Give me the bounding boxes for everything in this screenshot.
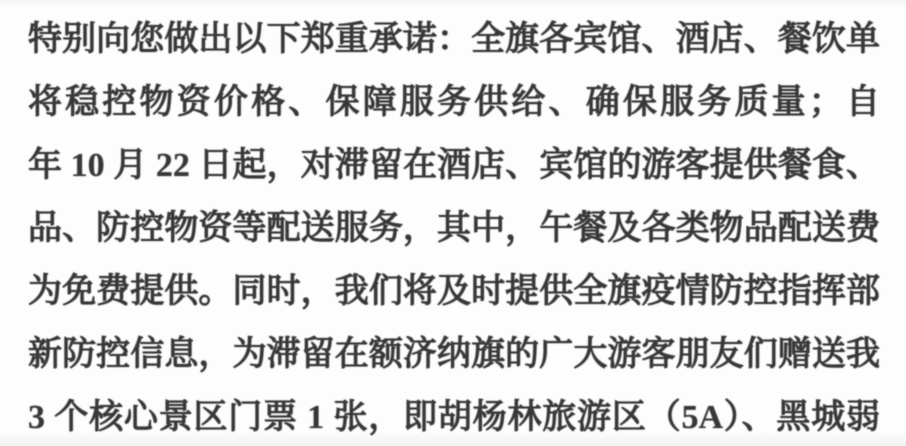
paragraph-text: 特别向您做出以下郑重承诺：全旗各宾馆、酒店、餐饮单位 将稳控物资价格、保障服务供… <box>28 8 880 446</box>
text-line: 品、防控物资等配送服务，其中，午餐及各类物品配送费用 <box>28 197 880 260</box>
text-line: 年 10 月 22 日起，对滞留在酒店、宾馆的游客提供餐食、药 <box>28 134 880 197</box>
document-page: 特别向您做出以下郑重承诺：全旗各宾馆、酒店、餐饮单位 将稳控物资价格、保障服务供… <box>0 0 906 446</box>
text-line: 3 个核心景区门票 1 张，即胡杨林旅游区（5A）、黑城弱水 <box>28 386 880 446</box>
text-line: 新防控信息，为滞留在额济纳旗的广大游客朋友们赠送我旗 <box>28 323 880 386</box>
text-line: 为免费提供。同时，我们将及时提供全旗疫情防控指挥部最 <box>28 260 880 323</box>
text-line: 特别向您做出以下郑重承诺：全旗各宾馆、酒店、餐饮单位 <box>28 8 880 71</box>
text-line: 将稳控物资价格、保障服务供给、确保服务质量；自 2021 <box>28 71 880 134</box>
